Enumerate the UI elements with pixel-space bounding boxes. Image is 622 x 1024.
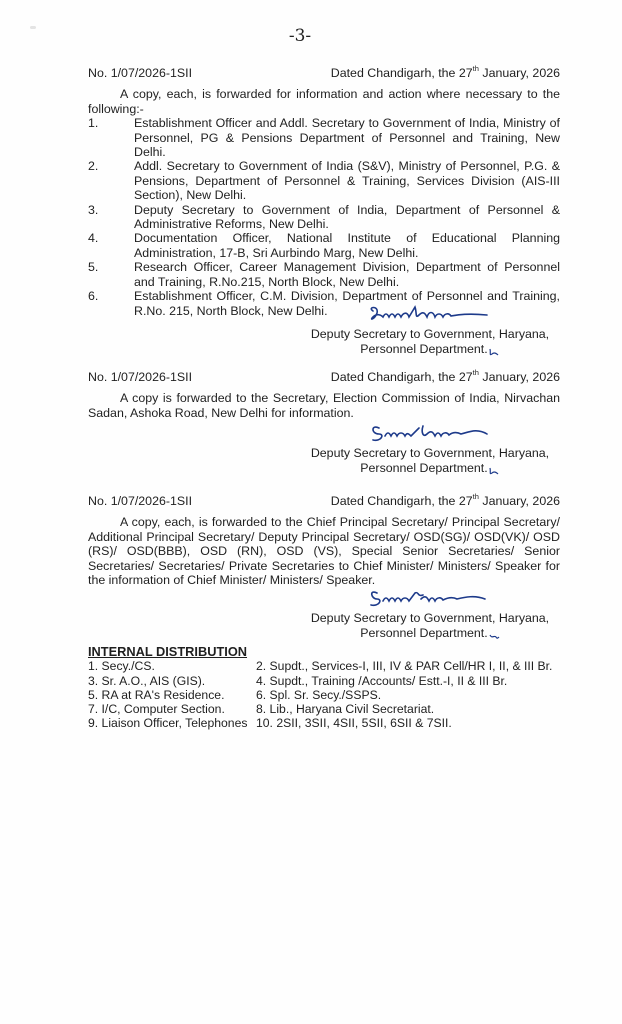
designation-line-2: Personnel Department. (300, 461, 560, 476)
reference-line: No. 1/07/2026-1SII Dated Chandigarh, the… (88, 370, 560, 384)
initials-mark (488, 347, 500, 357)
designation-line-1: Deputy Secretary to Government, Haryana, (300, 327, 560, 342)
reference-number: No. 1/07/2026-1SII (88, 66, 192, 80)
forwarding-paragraph: A copy, each, is forwarded to the Chief … (88, 515, 560, 587)
designation-line-2: Personnel Department. (300, 626, 560, 641)
list-item: 3.Deputy Secretary to Government of Indi… (88, 203, 560, 232)
recipient-list: 1.Establishment Officer and Addl. Secret… (88, 116, 560, 318)
table-row: 5. RA at RA's Residence. 6. Spl. Sr. Sec… (88, 688, 588, 702)
list-item: 1.Establishment Officer and Addl. Secret… (88, 116, 560, 159)
signature-block-2: Deputy Secretary to Government, Haryana,… (300, 422, 560, 476)
handwritten-signature (300, 587, 560, 611)
dated-line: Dated Chandigarh, the 27th January, 2026 (331, 66, 560, 80)
endorsement-section-2: No. 1/07/2026-1SII Dated Chandigarh, the… (88, 370, 560, 420)
signature-block-1: Deputy Secretary to Government, Haryana,… (300, 303, 560, 357)
endorsement-section-3: No. 1/07/2026-1SII Dated Chandigarh, the… (88, 494, 560, 587)
forwarding-paragraph: A copy is forwarded to the Secretary, El… (88, 391, 560, 420)
table-row: 7. I/C, Computer Section. 8. Lib., Harya… (88, 702, 588, 716)
internal-distribution-heading: INTERNAL DISTRIBUTION (88, 645, 588, 659)
list-item: 2.Addl. Secretary to Government of India… (88, 159, 560, 202)
handwritten-signature (300, 422, 560, 446)
designation-line-1: Deputy Secretary to Government, Haryana, (300, 611, 560, 626)
page-number: -3- (0, 26, 600, 46)
forwarding-paragraph: A copy, each, is forwarded for informati… (88, 87, 560, 116)
dated-line: Dated Chandigarh, the 27th January, 2026 (331, 494, 560, 508)
initials-mark (488, 466, 500, 476)
table-row: 1. Secy./CS. 2. Supdt., Services-I, III,… (88, 659, 588, 673)
reference-line: No. 1/07/2026-1SII Dated Chandigarh, the… (88, 494, 560, 508)
signature-block-3: Deputy Secretary to Government, Haryana,… (300, 587, 560, 641)
endorsement-section-1: No. 1/07/2026-1SII Dated Chandigarh, the… (88, 66, 560, 318)
reference-number: No. 1/07/2026-1SII (88, 370, 192, 384)
dated-line: Dated Chandigarh, the 27th January, 2026 (331, 370, 560, 384)
document-page: -3- No. 1/07/2026-1SII Dated Chandigarh,… (0, 0, 622, 1024)
table-row: 3. Sr. A.O., AIS (GIS). 4. Supdt., Train… (88, 674, 588, 688)
handwritten-signature (300, 303, 560, 327)
designation-line-2: Personnel Department. (300, 342, 560, 357)
internal-distribution: INTERNAL DISTRIBUTION 1. Secy./CS. 2. Su… (88, 645, 588, 731)
list-item: 5.Research Officer, Career Management Di… (88, 260, 560, 289)
initials-mark (488, 631, 500, 641)
list-item: 4.Documentation Officer, National Instit… (88, 231, 560, 260)
designation-line-1: Deputy Secretary to Government, Haryana, (300, 446, 560, 461)
reference-number: No. 1/07/2026-1SII (88, 494, 192, 508)
table-row: 9. Liaison Officer, Telephones 10. 2SII,… (88, 716, 588, 730)
reference-line: No. 1/07/2026-1SII Dated Chandigarh, the… (88, 66, 560, 80)
